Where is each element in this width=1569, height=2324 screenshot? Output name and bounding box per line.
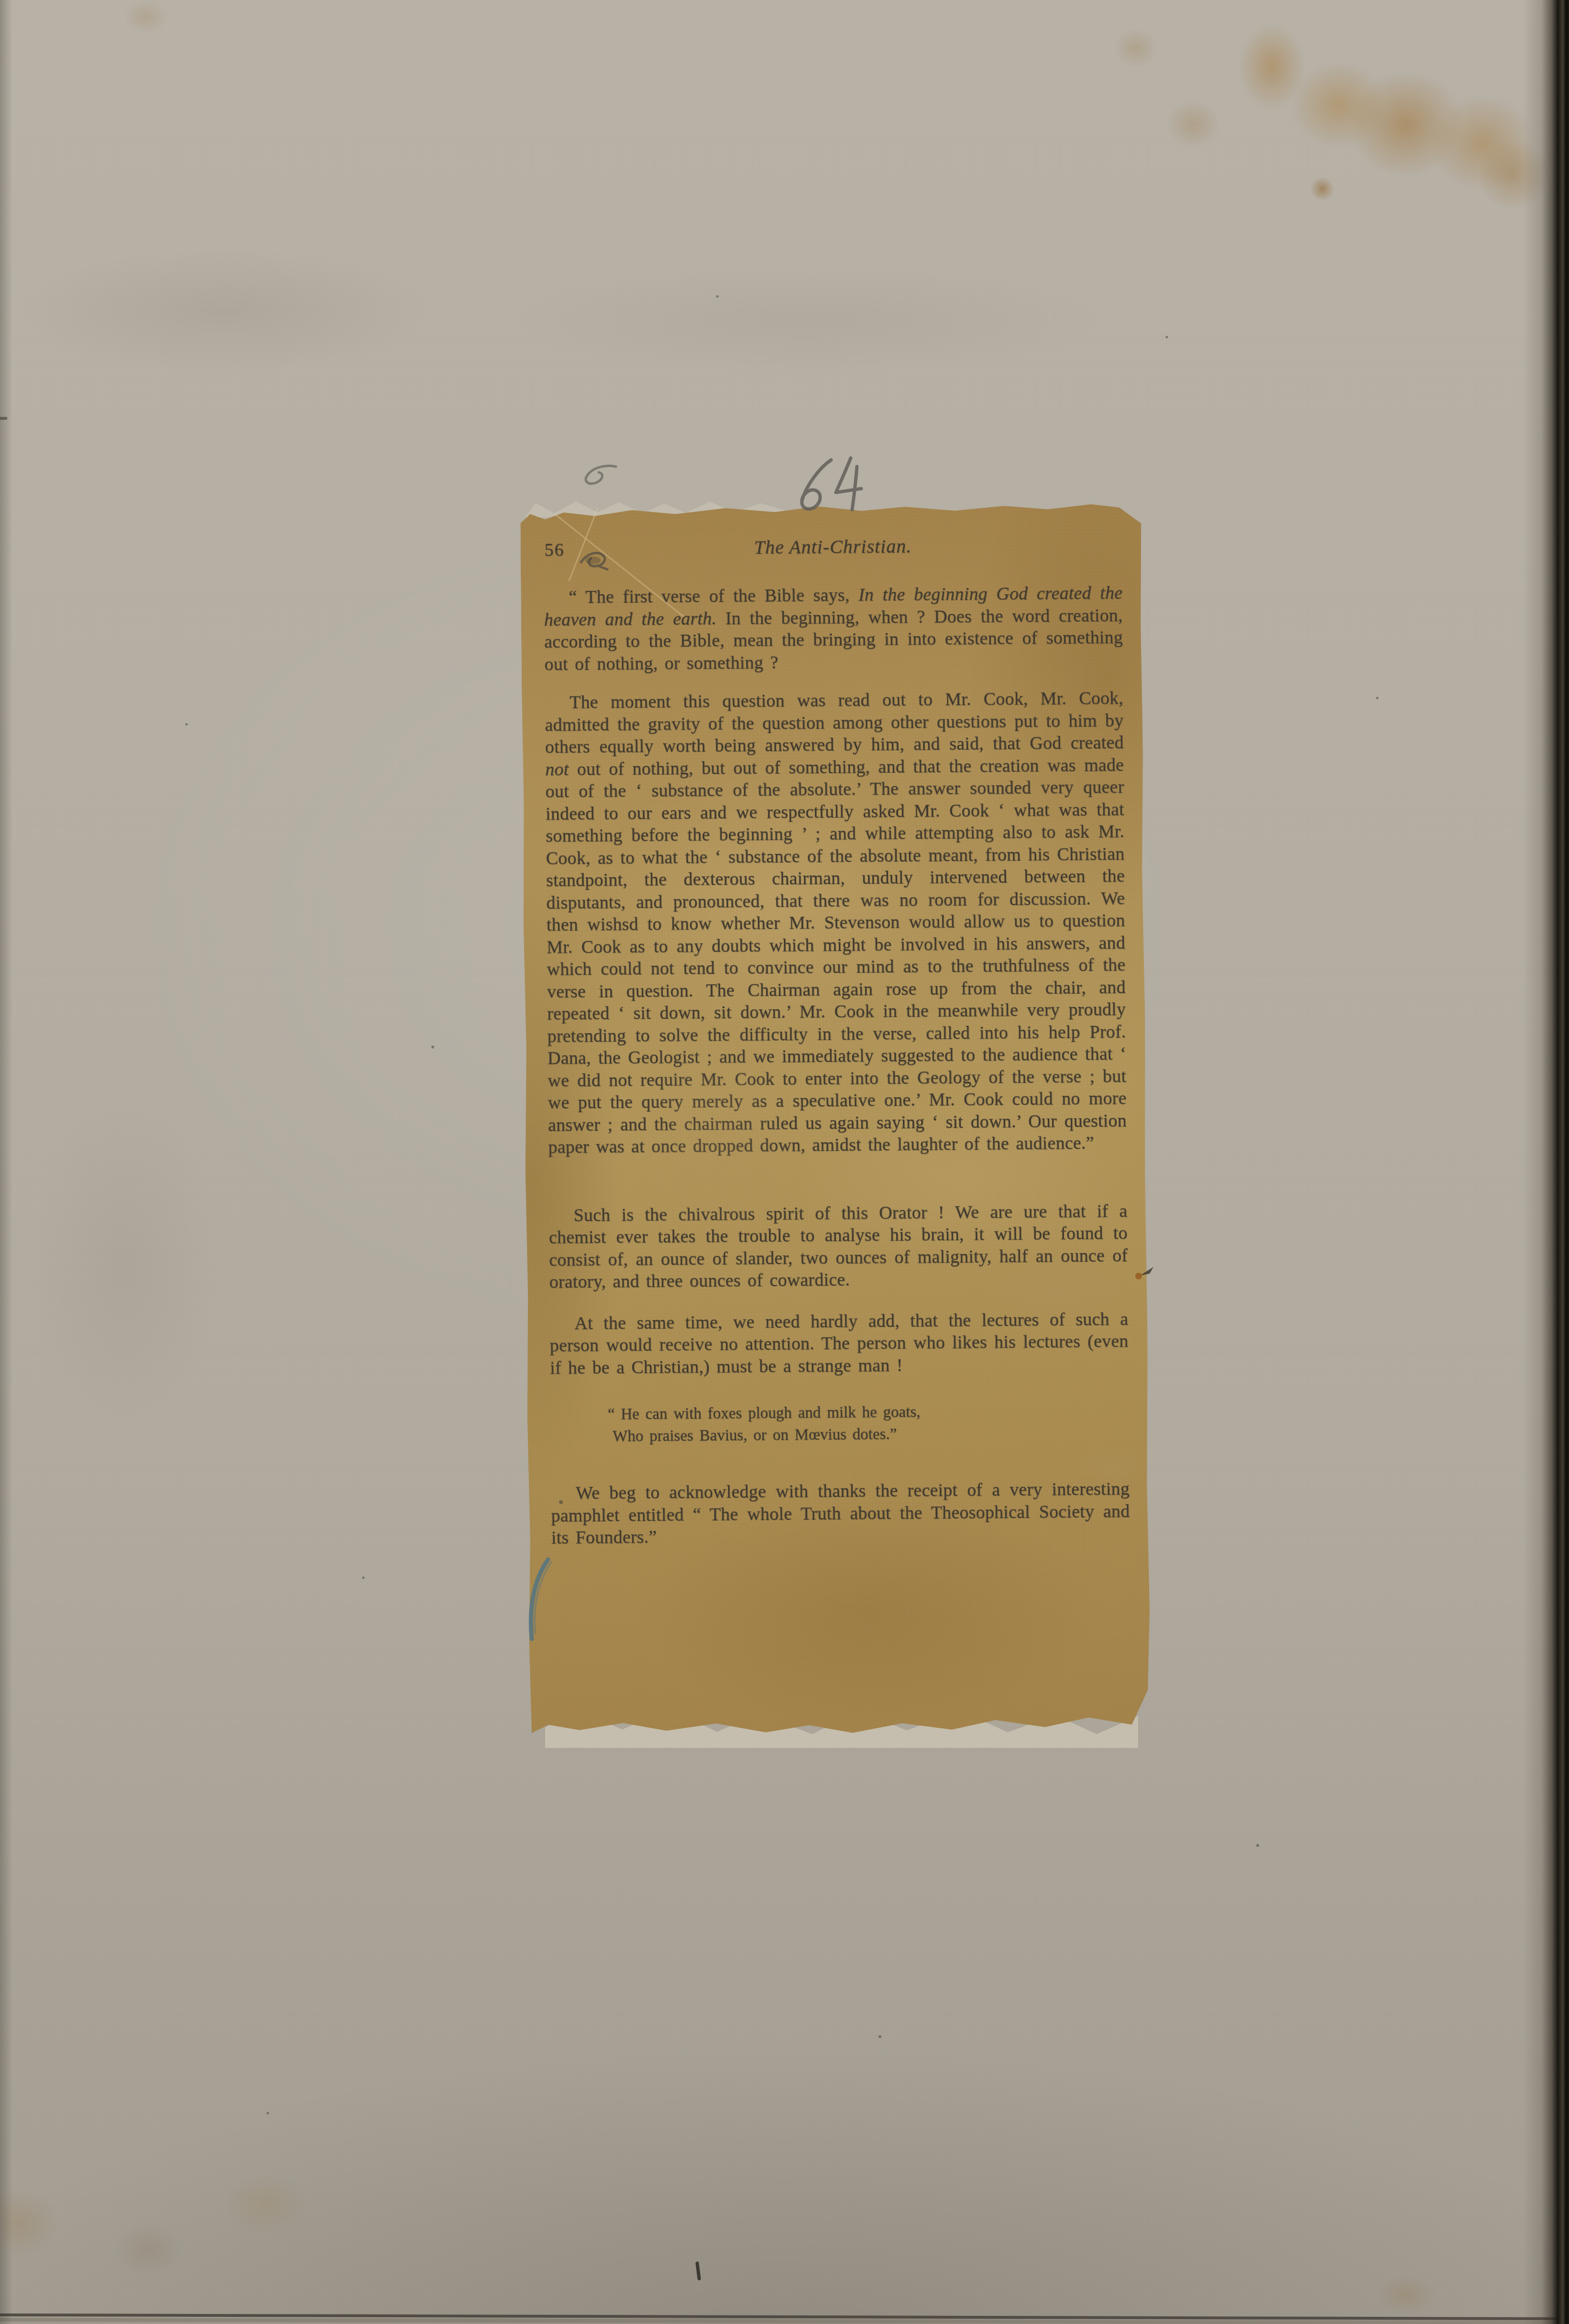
foxing-stain — [1310, 177, 1334, 201]
paragraph-2-italic: not — [545, 759, 569, 779]
smudge — [29, 1100, 220, 1434]
paragraph-2: The moment this question was read out to… — [545, 687, 1127, 1158]
verse-line-2: Who praises Bavius, or on Mœvius dotes.” — [613, 1421, 1129, 1447]
paragraph-5: We beg to acknowledge with thanks the re… — [551, 1478, 1130, 1549]
paragraph-3: Such is the chivalrous spirit of this Or… — [549, 1200, 1128, 1293]
paragraph-1-lead: “ The first verse of the Bible says, — [569, 585, 858, 608]
bottom-page-edge-shadow — [0, 2320, 1569, 2323]
book-edge-shadow — [1523, 0, 1569, 2324]
paragraph-2-rest: out of nothing, but out of something, an… — [545, 755, 1127, 1157]
clipping-page-number: 56 — [544, 539, 564, 560]
foxing-stain — [1349, 72, 1463, 177]
clipping-header: 56 The Anti-Christian. — [543, 533, 1122, 565]
clipping-text: 56 The Anti-Christian. “ The first verse… — [520, 502, 1149, 1549]
foxing-stain — [1114, 29, 1157, 67]
newspaper-clipping: 56 The Anti-Christian. “ The first verse… — [520, 502, 1151, 1738]
article-title: The Anti-Christian. — [543, 533, 1122, 560]
paragraph-4: At the same time, we need hardly add, th… — [549, 1308, 1129, 1379]
smudge — [19, 249, 430, 373]
bottom-page-edge-line — [0, 2315, 1569, 2319]
foxing-stain — [1167, 100, 1219, 148]
foxing-stain — [1430, 96, 1535, 191]
pencil-flourish — [586, 466, 616, 483]
foxing-stain — [1478, 139, 1549, 210]
foxing-stain — [0, 2190, 57, 2257]
foxing-stain — [1291, 62, 1387, 148]
foxing-stain — [225, 2175, 306, 2233]
dark-tick — [697, 2263, 699, 2279]
smudge — [507, 268, 1109, 373]
edge-dash — [0, 417, 7, 420]
foxing-stain — [124, 0, 167, 33]
paragraph-2-lead: The moment this question was read out to… — [545, 688, 1124, 757]
foxing-stain — [1239, 24, 1306, 110]
verse-quotation: “ He can with foxes plough and milk he g… — [608, 1399, 1130, 1448]
paragraph-1: “ The first verse of the Bible says, In … — [544, 582, 1123, 675]
smudge — [115, 2223, 182, 2276]
page-left-shading — [0, 0, 12, 2324]
foxing-stain — [1377, 2276, 1435, 2314]
scanned-album-page: 56 The Anti-Christian. “ The first verse… — [0, 0, 1569, 2324]
handwritten-folio-number — [802, 458, 861, 510]
